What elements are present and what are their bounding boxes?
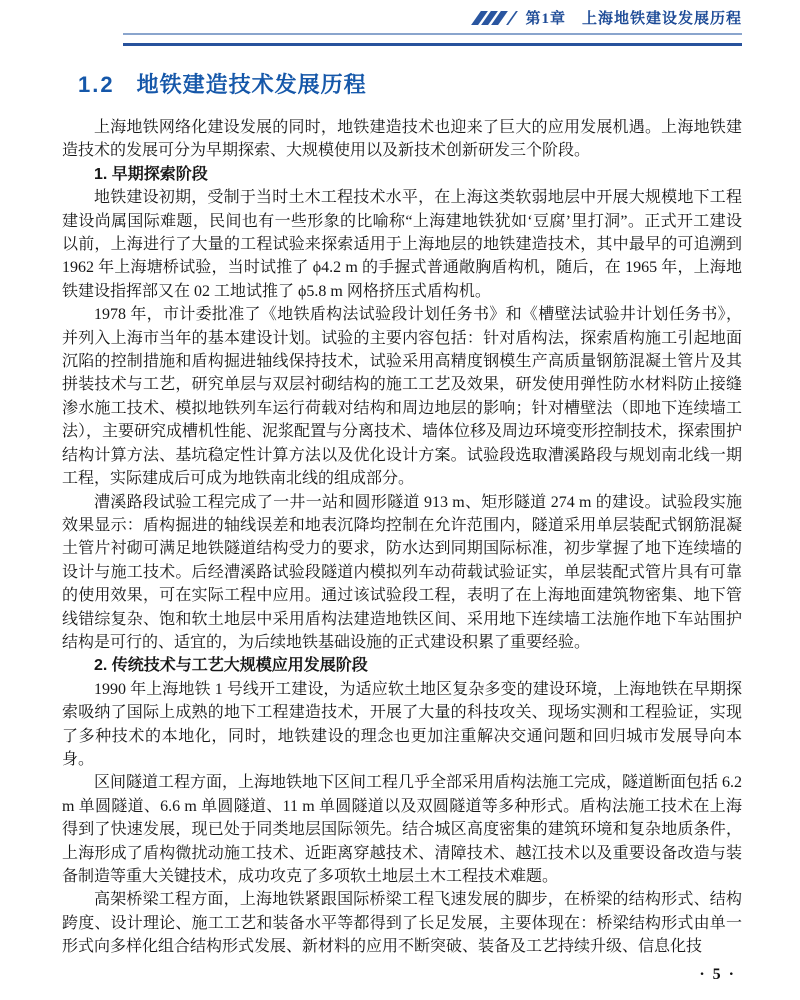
stage-heading: 1. 早期探索阶段 <box>62 163 742 186</box>
body-paragraph: 漕溪路段试验工程完成了一井一站和圆形隧道 913 m、矩形隧道 274 m 的建… <box>62 491 742 655</box>
body-text: 上海地铁网络化建设发展的同时，地铁建造技术也迎来了巨大的应用发展机遇。上海地铁建… <box>62 116 742 959</box>
section-title-text: 地铁建造技术发展历程 <box>137 72 367 97</box>
header-rule-light <box>123 33 742 35</box>
body-paragraph: 1978 年，市计委批准了《地铁盾构法试验段计划任务书》和《槽壁法试验井计划任务… <box>62 303 742 490</box>
body-paragraph: 上海地铁网络化建设发展的同时，地铁建造技术也迎来了巨大的应用发展机遇。上海地铁建… <box>62 116 742 163</box>
section-number: 1.2 <box>78 72 115 97</box>
document-page: 第1章 上海地铁建设发展历程 1.2地铁建造技术发展历程 上海地铁网络化建设发展… <box>0 0 800 1000</box>
body-paragraph: 1990 年上海地铁 1 号线开工建设，为适应软土地区复杂多变的建设环境，上海地… <box>62 678 742 772</box>
page-number: · 5 · <box>699 966 736 984</box>
triple-slash-icon <box>476 11 513 25</box>
header-rule-dark <box>123 43 742 46</box>
section-title: 1.2地铁建造技术发展历程 <box>78 68 367 99</box>
chapter-title: 第1章 上海地铁建设发展历程 <box>525 7 742 28</box>
body-paragraph: 区间隧道工程方面，上海地铁地下区间工程几乎全部采用盾构法施工完成，隧道断面包括 … <box>62 771 742 888</box>
running-head: 第1章 上海地铁建设发展历程 <box>476 7 742 28</box>
stage-heading: 2. 传统技术与工艺大规模应用发展阶段 <box>62 654 742 677</box>
body-paragraph: 高架桥梁工程方面，上海地铁紧跟国际桥梁工程飞速发展的脚步，在桥梁的结构形式、结构… <box>62 888 742 958</box>
body-paragraph: 地铁建设初期，受制于当时土木工程技术水平，在上海这类软弱地层中开展大规模地下工程… <box>62 186 742 303</box>
